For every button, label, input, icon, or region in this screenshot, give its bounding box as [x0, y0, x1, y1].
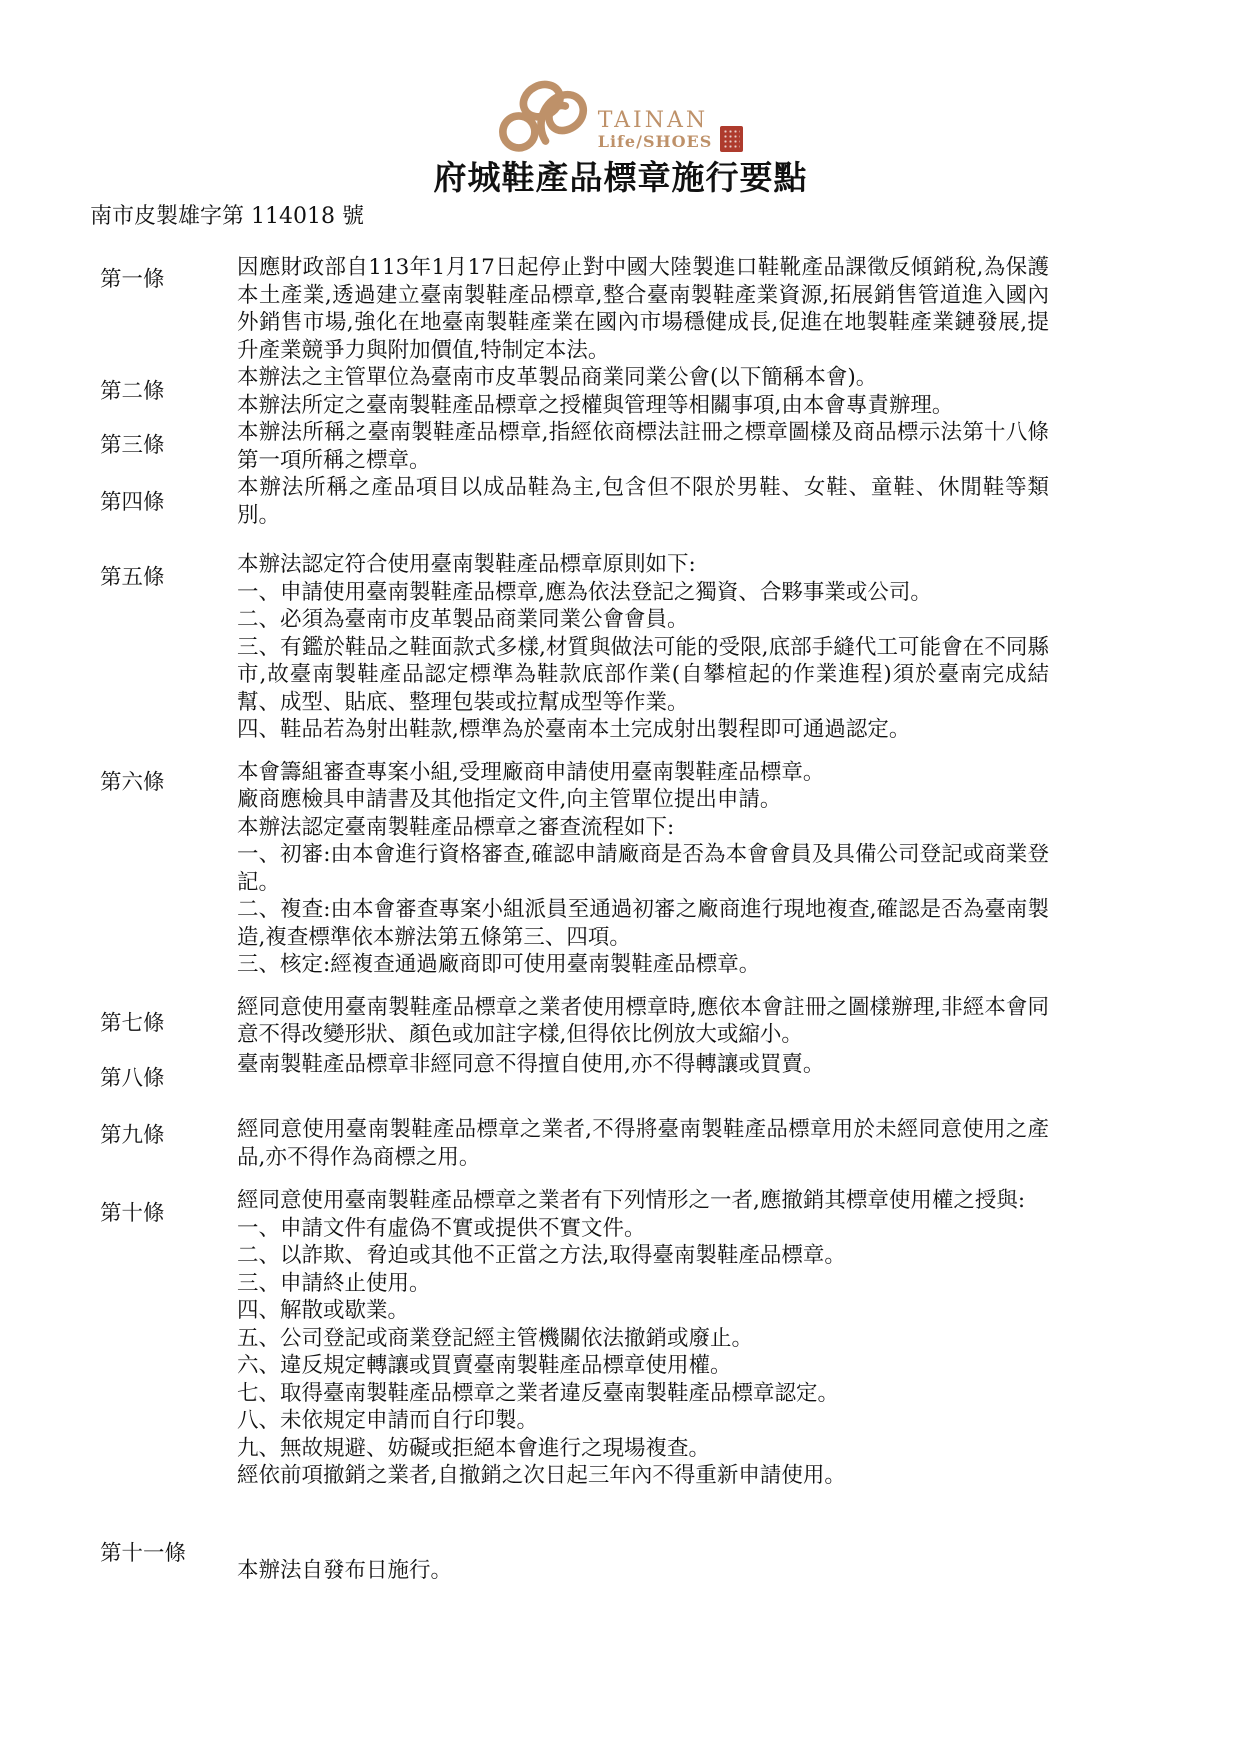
article-paragraph: 本辦法認定臺南製鞋產品標章之審查流程如下:: [237, 814, 1049, 842]
article-paragraph: 本辦法所稱之產品項目以成品鞋為主,包含但不限於男鞋、女鞋、童鞋、休閒鞋等類別。: [237, 474, 1049, 529]
article-paragraph: 三、有鑑於鞋品之鞋面款式多樣,材質與做法可能的受限,底部手縫代工可能會在不同縣市…: [237, 634, 1049, 717]
article-content: 本辦法之主管單位為臺南市皮革製品商業同業公會(以下簡稱本會)。本辦法所定之臺南製…: [237, 364, 1049, 419]
article-row: 第十一條本辦法自發布日施行。: [90, 1540, 1151, 1585]
articles: 第一條因應財政部自113年1月17日起停止對中國大陸製進口鞋靴產品課徵反傾銷稅,…: [90, 254, 1151, 1584]
article-paragraph: 二、以詐欺、脅迫或其他不正當之方法,取得臺南製鞋產品標章。: [237, 1242, 1049, 1270]
article-paragraph: 本辦法自發布日施行。: [237, 1557, 1049, 1585]
doc-number: 南市皮製雄字第 114018 號: [90, 202, 1151, 232]
article-paragraph: 三、核定:經複查通過廠商即可使用臺南製鞋產品標章。: [237, 951, 1049, 979]
article-paragraph: 廠商應檢具申請書及其他指定文件,向主管單位提出申請。: [237, 786, 1049, 814]
article-content: 經同意使用臺南製鞋產品標章之業者,不得將臺南製鞋產品標章用於未經同意使用之產品,…: [237, 1116, 1049, 1171]
butterfly-loops-icon: [498, 74, 590, 154]
article-paragraph: 經同意使用臺南製鞋產品標章之業者使用標章時,應依本會註冊之圖樣辦理,非經本會同意…: [237, 994, 1049, 1049]
article-paragraph: 一、申請文件有虛偽不實或提供不實文件。: [237, 1215, 1049, 1243]
article-row: 第十條經同意使用臺南製鞋產品標章之業者有下列情形之一者,應撤銷其標章使用權之授與…: [90, 1187, 1151, 1490]
article-row: 第七條經同意使用臺南製鞋產品標章之業者使用標章時,應依本會註冊之圖樣辦理,非經本…: [90, 994, 1151, 1049]
article-content: 臺南製鞋產品標章非經同意不得擅自使用,亦不得轉讓或買賣。: [237, 1051, 1049, 1079]
article-number: 第三條: [90, 419, 237, 460]
article-paragraph: 三、申請終止使用。: [237, 1270, 1049, 1298]
article-paragraph: 一、初審:由本會進行資格審查,確認申請廠商是否為本會會員及具備公司登記或商業登記…: [237, 841, 1049, 896]
article-paragraph: 二、必須為臺南市皮革製品商業同業公會會員。: [237, 606, 1049, 634]
article-paragraph: 經同意使用臺南製鞋產品標章之業者有下列情形之一者,應撤銷其標章使用權之授與:: [237, 1187, 1049, 1215]
article-row: 第二條本辦法之主管單位為臺南市皮革製品商業同業公會(以下簡稱本會)。本辦法所定之…: [90, 364, 1151, 419]
article-row: 第六條本會籌組審查專案小組,受理廠商申請使用臺南製鞋產品標章。廠商應檢具申請書及…: [90, 759, 1151, 979]
article-number: 第六條: [90, 759, 237, 797]
article-number: 第五條: [90, 551, 237, 592]
page-title: 府城鞋產品標章施行要點: [90, 158, 1151, 198]
article-content: 經同意使用臺南製鞋產品標章之業者使用標章時,應依本會註冊之圖樣辦理,非經本會同意…: [237, 994, 1049, 1049]
article-paragraph: 四、鞋品若為射出鞋款,標準為於臺南本土完成射出製程即可通過認定。: [237, 716, 1049, 744]
article-paragraph: 臺南製鞋產品標章非經同意不得擅自使用,亦不得轉讓或買賣。: [237, 1051, 1049, 1079]
article-row: 第一條因應財政部自113年1月17日起停止對中國大陸製進口鞋靴產品課徵反傾銷稅,…: [90, 254, 1151, 364]
article-number: 第七條: [90, 994, 237, 1038]
article-paragraph: 因應財政部自113年1月17日起停止對中國大陸製進口鞋靴產品課徵反傾銷稅,為保護…: [237, 254, 1049, 364]
article-content: 經同意使用臺南製鞋產品標章之業者有下列情形之一者,應撤銷其標章使用權之授與:一、…: [237, 1187, 1049, 1490]
article-content: 本辦法所稱之臺南製鞋產品標章,指經依商標法註冊之標章圖樣及商品標示法第十八條第一…: [237, 419, 1049, 474]
article-number: 第二條: [90, 364, 237, 406]
article-paragraph: 本辦法所定之臺南製鞋產品標章之授權與管理等相關事項,由本會專責辦理。: [237, 392, 1049, 420]
article-number: 第八條: [90, 1051, 237, 1093]
article-paragraph: 本辦法之主管單位為臺南市皮革製品商業同業公會(以下簡稱本會)。: [237, 364, 1049, 392]
article-paragraph: 二、複查:由本會審查專案小組派員至通過初審之廠商進行現地複查,確認是否為臺南製造…: [237, 896, 1049, 951]
article-paragraph: 四、解散或歇業。: [237, 1297, 1049, 1325]
brand-subname: Life/SHOES: [598, 132, 713, 152]
article-paragraph: 八、未依規定申請而自行印製。: [237, 1407, 1049, 1435]
article-paragraph: 九、無故規避、妨礙或拒絕本會進行之現場複查。: [237, 1435, 1049, 1463]
logo-text: TAINAN Life/SHOES: [598, 110, 713, 154]
article-number: 第四條: [90, 474, 237, 517]
article-content: 本會籌組審查專案小組,受理廠商申請使用臺南製鞋產品標章。廠商應檢具申請書及其他指…: [237, 759, 1049, 979]
article-content: 本辦法所稱之產品項目以成品鞋為主,包含但不限於男鞋、女鞋、童鞋、休閒鞋等類別。: [237, 474, 1049, 529]
article-row: 第八條臺南製鞋產品標章非經同意不得擅自使用,亦不得轉讓或買賣。: [90, 1051, 1151, 1093]
article-number: 第九條: [90, 1116, 237, 1150]
article-number: 第十一條: [90, 1540, 237, 1568]
brand-name: TAINAN: [598, 110, 708, 132]
article-row: 第三條本辦法所稱之臺南製鞋產品標章,指經依商標法註冊之標章圖樣及商品標示法第十八…: [90, 419, 1151, 474]
article-number: 第十條: [90, 1187, 237, 1228]
document-page: TAINAN Life/SHOES 府城鞋產品標章施行要點 南市皮製雄字第 11…: [0, 0, 1241, 1755]
article-content: 本辦法自發布日施行。: [237, 1540, 1049, 1585]
article-paragraph: 一、申請使用臺南製鞋產品標章,應為依法登記之獨資、合夥事業或公司。: [237, 579, 1049, 607]
article-paragraph: 本辦法認定符合使用臺南製鞋產品標章原則如下:: [237, 551, 1049, 579]
article-content: 本辦法認定符合使用臺南製鞋產品標章原則如下:一、申請使用臺南製鞋產品標章,應為依…: [237, 551, 1049, 744]
article-content: 因應財政部自113年1月17日起停止對中國大陸製進口鞋靴產品課徵反傾銷稅,為保護…: [237, 254, 1049, 364]
article-paragraph: 經同意使用臺南製鞋產品標章之業者,不得將臺南製鞋產品標章用於未經同意使用之產品,…: [237, 1116, 1049, 1171]
article-paragraph: 六、違反規定轉讓或買賣臺南製鞋產品標章使用權。: [237, 1352, 1049, 1380]
article-row: 第五條本辦法認定符合使用臺南製鞋產品標章原則如下:一、申請使用臺南製鞋產品標章,…: [90, 551, 1151, 744]
article-paragraph: 本會籌組審查專案小組,受理廠商申請使用臺南製鞋產品標章。: [237, 759, 1049, 787]
article-row: 第四條本辦法所稱之產品項目以成品鞋為主,包含但不限於男鞋、女鞋、童鞋、休閒鞋等類…: [90, 474, 1151, 529]
article-paragraph: 經依前項撤銷之業者,自撤銷之次日起三年內不得重新申請使用。: [237, 1462, 1049, 1490]
article-paragraph: 五、公司登記或商業登記經主管機關依法撤銷或廢止。: [237, 1325, 1049, 1353]
article-number: 第一條: [90, 254, 237, 294]
article-row: 第九條經同意使用臺南製鞋產品標章之業者,不得將臺南製鞋產品標章用於未經同意使用之…: [90, 1116, 1151, 1171]
article-paragraph: 本辦法所稱之臺南製鞋產品標章,指經依商標法註冊之標章圖樣及商品標示法第十八條第一…: [237, 419, 1049, 474]
red-seal-stamp-icon: [720, 126, 743, 152]
logo: TAINAN Life/SHOES: [90, 62, 1151, 154]
article-paragraph: 七、取得臺南製鞋產品標章之業者違反臺南製鞋產品標章認定。: [237, 1380, 1049, 1408]
